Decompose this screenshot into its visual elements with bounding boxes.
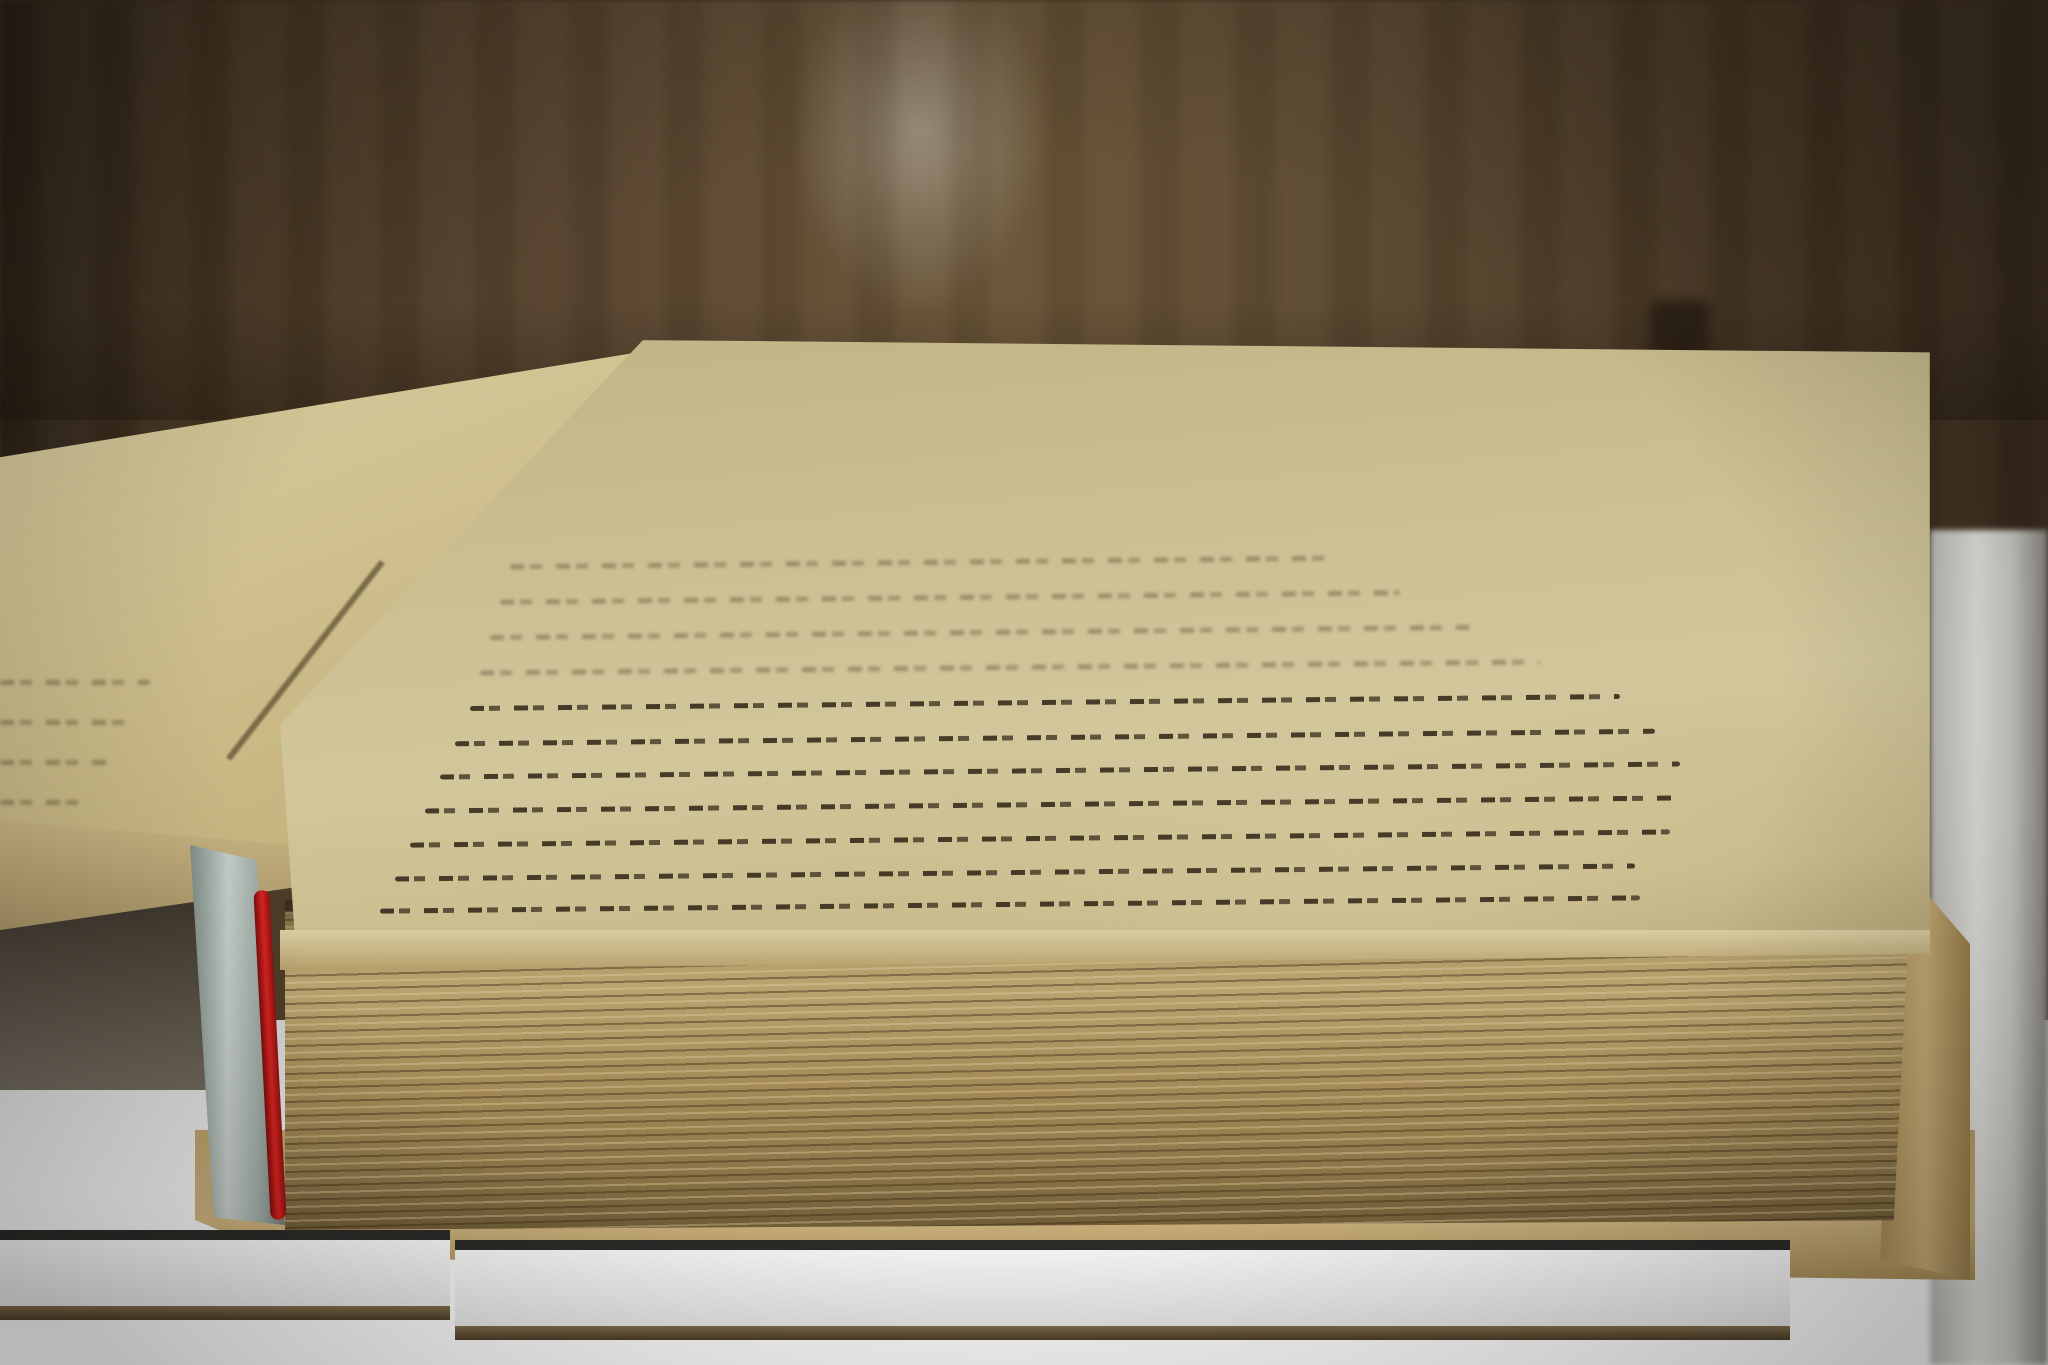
handwriting-line: [410, 829, 1670, 847]
handwriting-line: [440, 762, 1680, 780]
manuscript-display-photo: [0, 0, 2048, 1365]
handwriting-line: [470, 694, 1620, 711]
plinth-wood-band: [0, 1306, 450, 1320]
handwriting-line: [490, 625, 1470, 640]
left-page-handwriting: [0, 660, 170, 820]
handwriting-line: [380, 895, 1640, 913]
handwriting-line: [395, 864, 1635, 882]
handwriting-line: [510, 556, 1330, 570]
handwriting-line: [425, 795, 1675, 813]
handwriting-line: [500, 590, 1400, 604]
display-plinth-right: [455, 1240, 1790, 1340]
handwriting-line: [455, 729, 1655, 747]
plinth-wood-band: [455, 1326, 1790, 1340]
right-page-handwriting: [470, 540, 1730, 920]
display-plinth-left: [0, 1230, 450, 1320]
handwriting-line: [480, 659, 1540, 675]
